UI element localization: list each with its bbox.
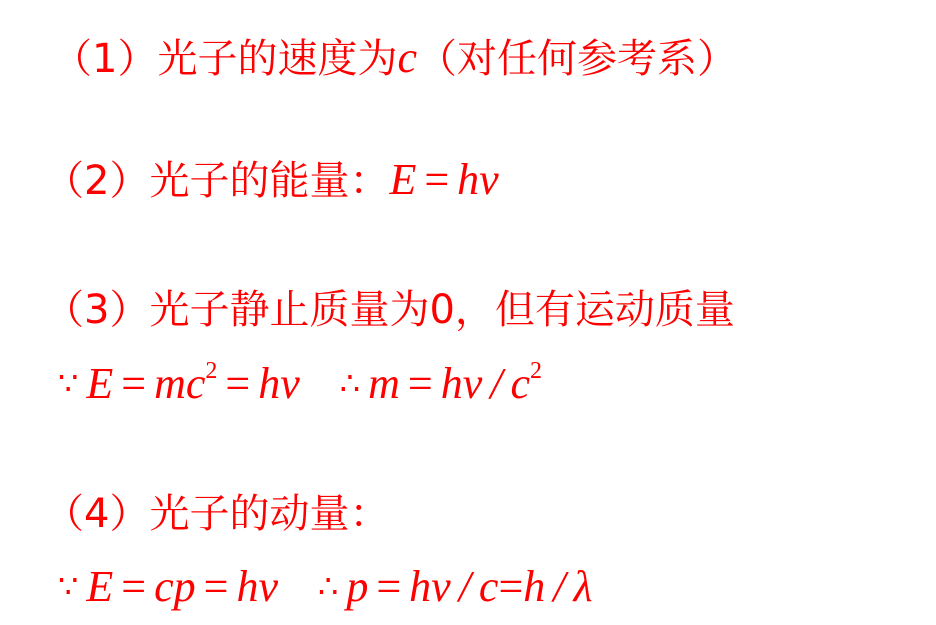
item-2-photon-energy: （2）光子的能量：E=hν — [44, 158, 499, 202]
formula-eq: = — [121, 359, 146, 408]
formula-eq: = — [424, 155, 449, 204]
formula-slash: / — [490, 359, 502, 408]
formula-E: E — [86, 359, 113, 408]
formula-eq: = — [121, 562, 146, 611]
formula-eq: = — [204, 562, 229, 611]
therefore-symbol: ∴ — [340, 364, 360, 402]
formula-p: p — [346, 562, 368, 611]
formula-h: h — [523, 562, 545, 611]
formula-lhs: E — [389, 155, 416, 204]
item-3-text: 光子静止质量为0，但有运动质量 — [149, 287, 734, 333]
item-1-tail: （对任何参考系） — [417, 36, 737, 82]
formula-c: c — [510, 359, 530, 408]
item-4-photon-momentum: （4）光子的动量： — [44, 494, 389, 534]
formula-slash: / — [459, 562, 471, 611]
item-3-label: （3） — [44, 287, 149, 333]
formula-cp: cp — [154, 562, 196, 611]
formula-mc: mc — [154, 359, 205, 408]
item-1-text: 光子的速度为 — [157, 36, 397, 82]
because-symbol: ∵ — [58, 567, 78, 605]
item-1-photon-speed: （1）光子的速度为c（对任何参考系） — [52, 36, 737, 80]
formula-E: E — [86, 562, 113, 611]
therefore-symbol: ∴ — [318, 567, 338, 605]
formula-sup: 2 — [530, 358, 542, 384]
formula-lambda: λ — [574, 562, 593, 611]
formula-sup: 2 — [205, 358, 217, 384]
item-4-label: （4） — [44, 491, 149, 537]
formula-hv: hν — [441, 359, 483, 408]
item-2-formula: E=hν — [389, 155, 498, 204]
formula-hv: hν — [236, 562, 278, 611]
formula-c: c — [479, 562, 499, 611]
formula-eq: = — [408, 359, 433, 408]
formula-eq: = — [498, 562, 523, 611]
item-1-label: （1） — [52, 36, 157, 82]
item-3-formula: ∵E=mc2=hν∴m=hν/c2 — [58, 362, 542, 406]
because-symbol: ∵ — [58, 364, 78, 402]
formula-eq: = — [376, 562, 401, 611]
item-4-formula: ∵E=cp=hν∴p=hν/c=h/λ — [58, 565, 593, 609]
formula-rhs: hν — [457, 155, 499, 204]
item-1-var-c: c — [397, 33, 417, 82]
formula-hv: hν — [258, 359, 300, 408]
formula-m: m — [368, 359, 400, 408]
formula-slash: / — [553, 562, 565, 611]
item-4-text: 光子的动量： — [149, 491, 389, 537]
item-3-photon-mass: （3）光子静止质量为0，但有运动质量 — [44, 290, 735, 330]
formula-eq: = — [225, 359, 250, 408]
item-2-text: 光子的能量： — [149, 158, 389, 204]
item-2-label: （2） — [44, 158, 149, 204]
formula-hv: hν — [409, 562, 451, 611]
